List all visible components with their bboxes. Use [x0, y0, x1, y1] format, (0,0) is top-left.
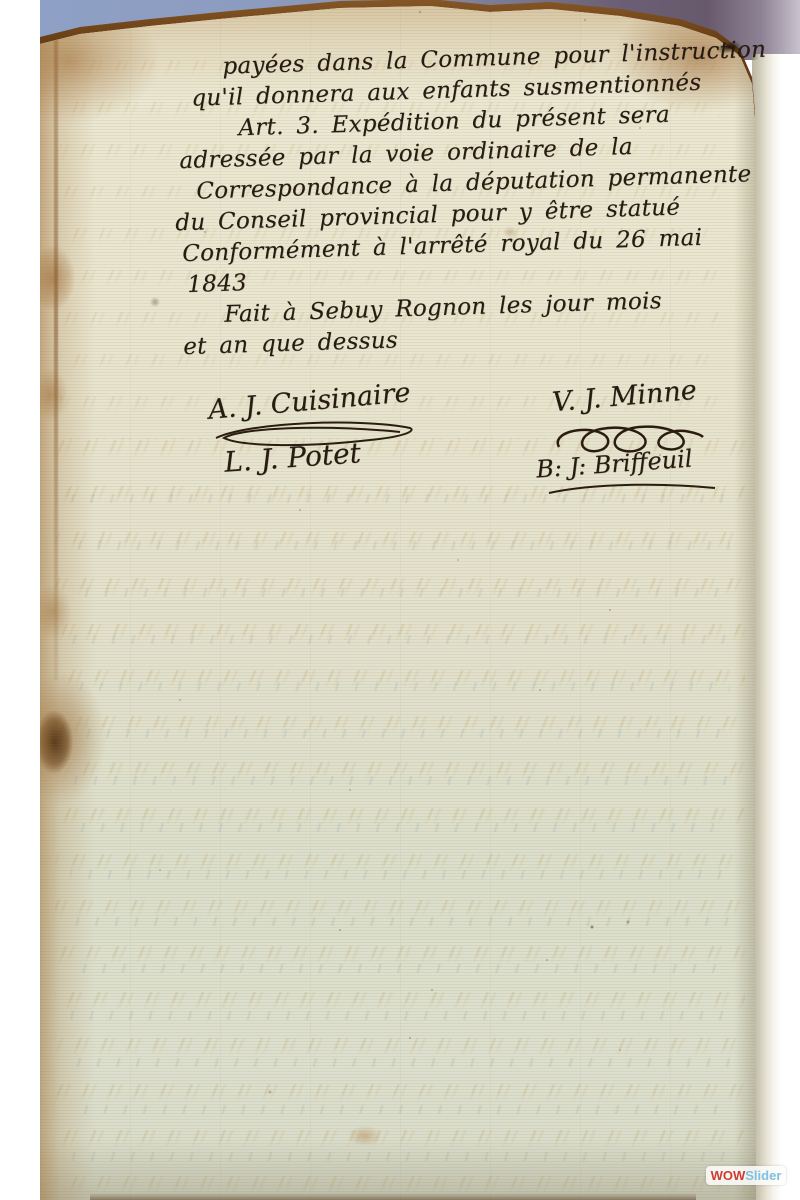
right-matte — [780, 54, 800, 1200]
manuscript-text-block: payées dans la Commune pour l'instructio… — [150, 35, 779, 364]
photo-canvas: payées dans la Commune pour l'instructio… — [0, 0, 800, 1200]
signature-underline — [545, 481, 720, 497]
watermark-brand-secondary: Slider — [745, 1168, 781, 1183]
wowslider-watermark[interactable]: WOWSlider — [706, 1166, 786, 1185]
watermark-brand-primary: WOW — [711, 1168, 746, 1183]
left-matte — [0, 0, 40, 1200]
gutter-fold-shadow — [54, 40, 58, 680]
